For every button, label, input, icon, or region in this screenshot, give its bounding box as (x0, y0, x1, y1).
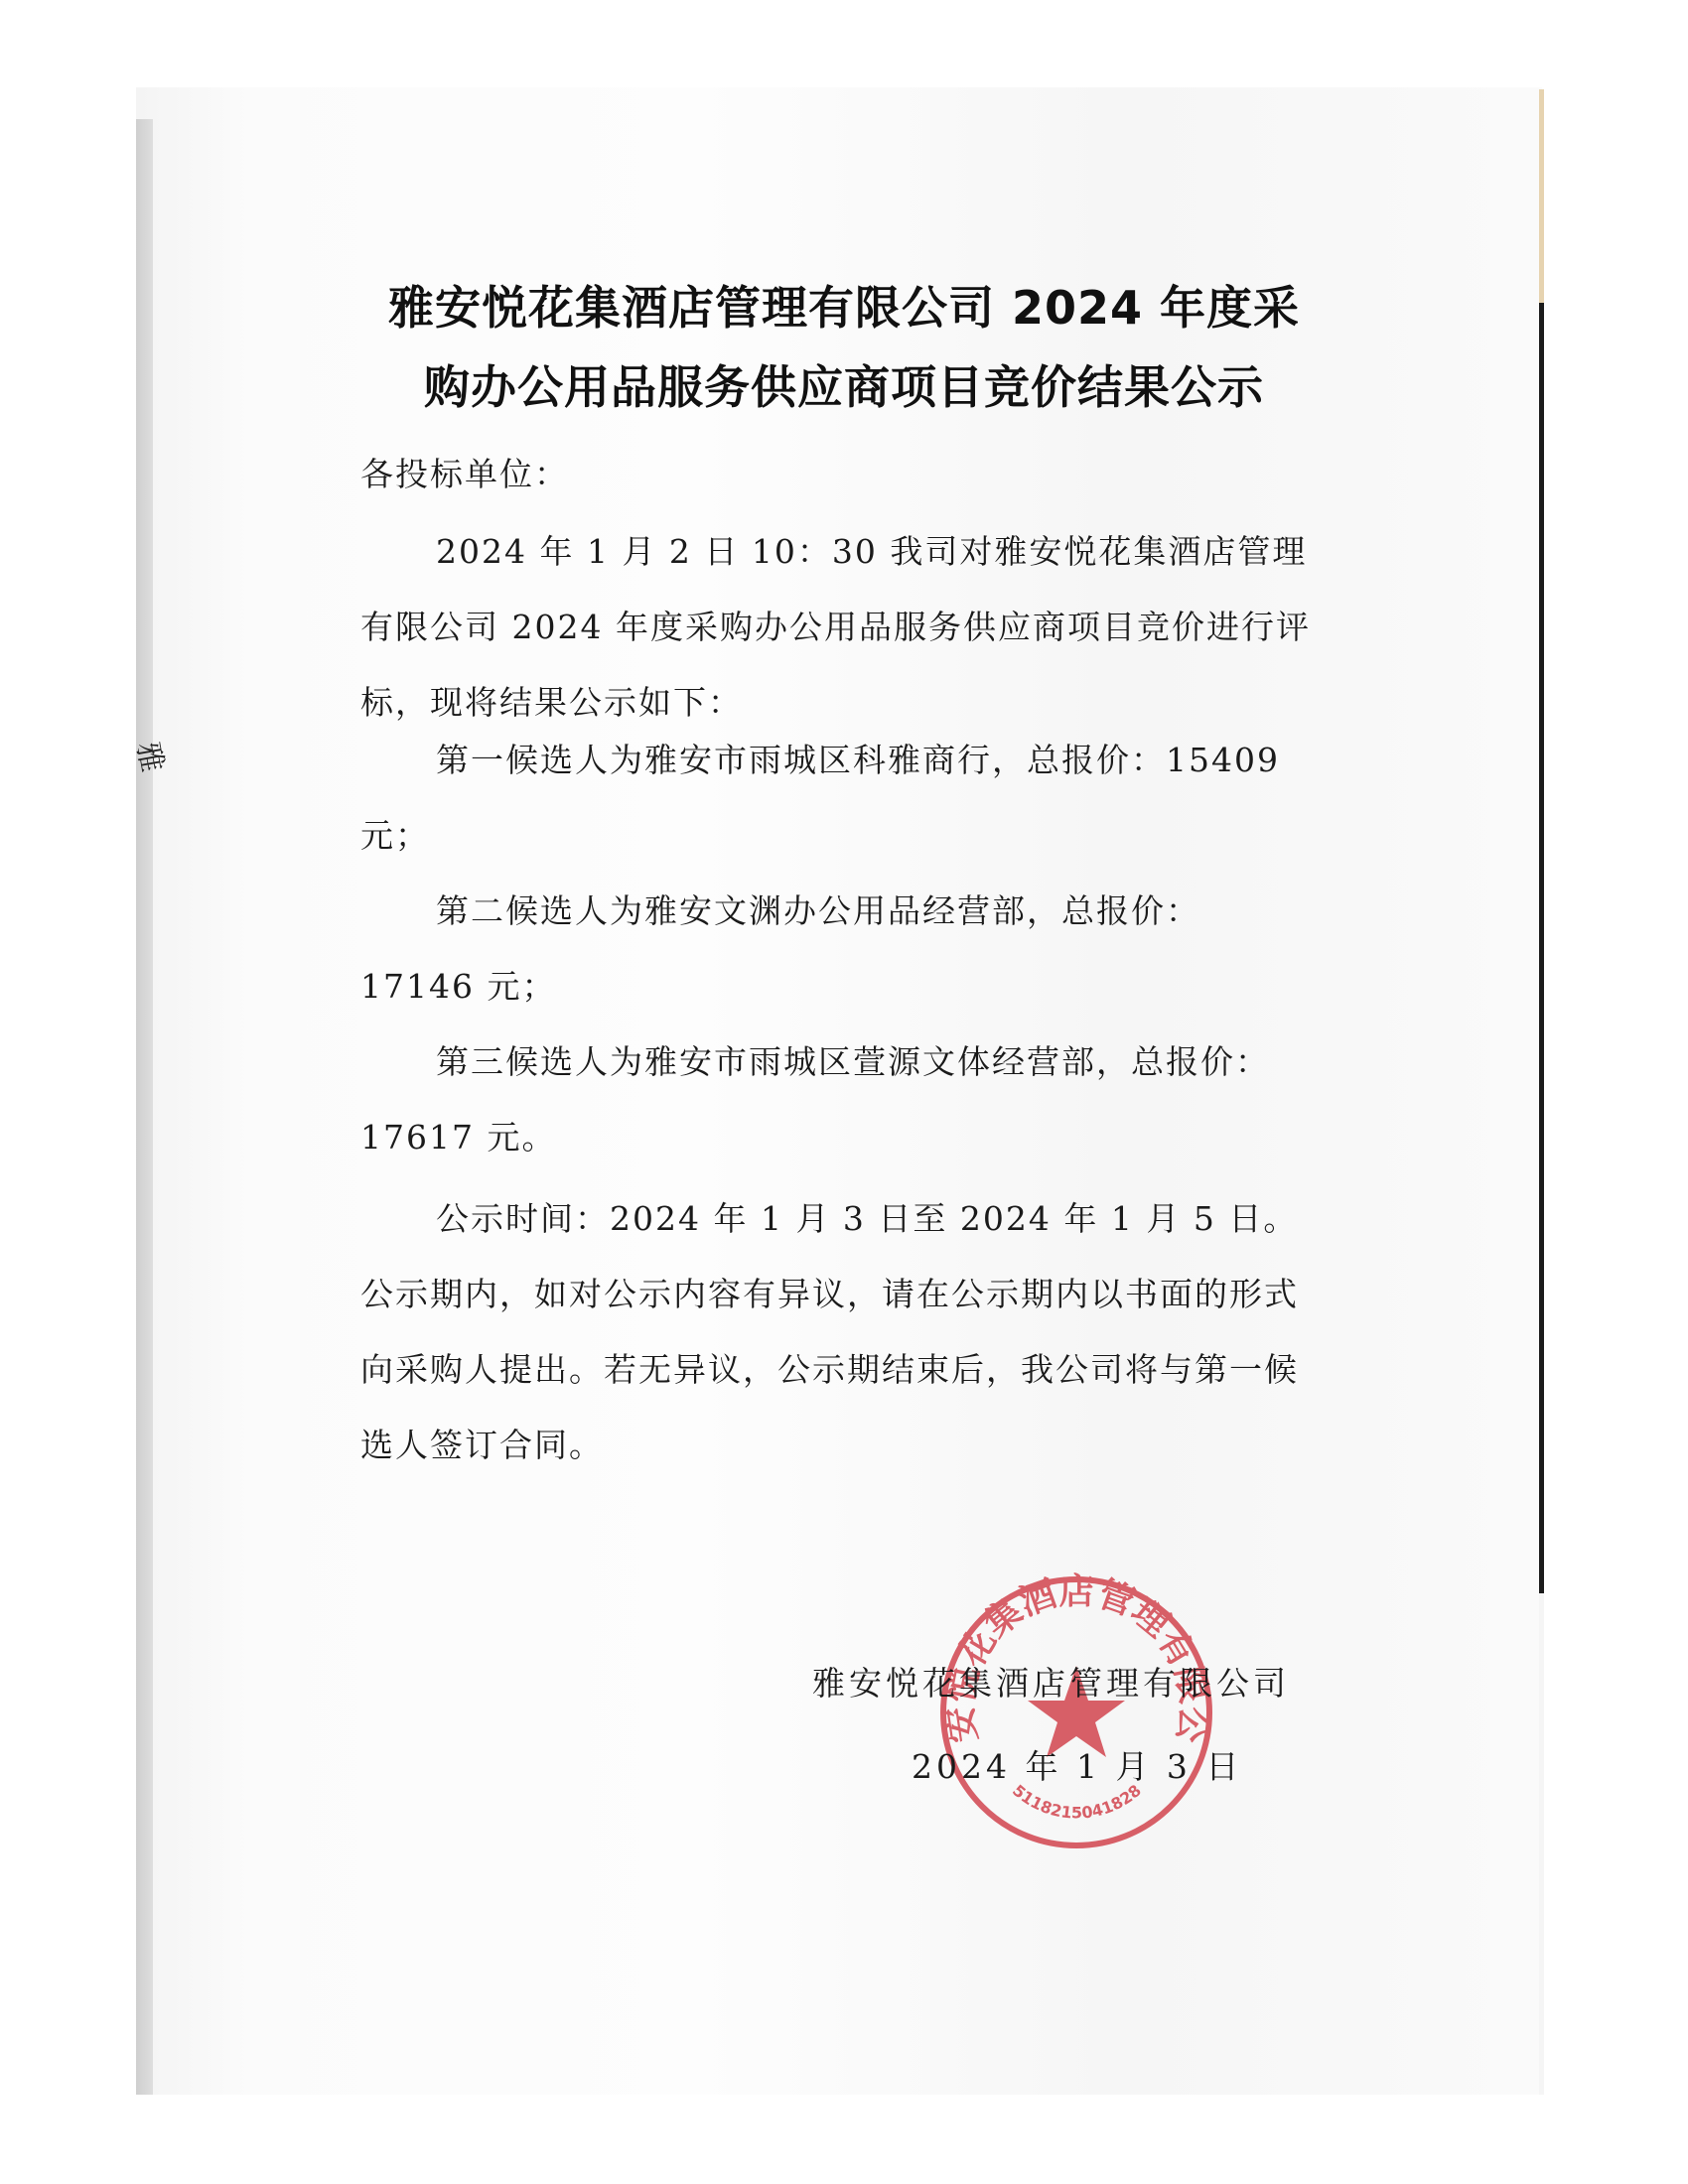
document-title: 雅安悦花集酒店管理有限公司 2024 年度采 购办公用品服务供应商项目竞价结果公… (357, 268, 1331, 427)
title-line-2: 购办公用品服务供应商项目竞价结果公示 (357, 347, 1331, 427)
underlying-page-edge: 雅 (136, 119, 153, 2095)
signature-date: 2024 年 1 月 3 日 (912, 1741, 1242, 1788)
candidate-3: 第三候选人为雅安市雨城区萱源文体经营部，总报价：17617 元。 (360, 1024, 1314, 1175)
signature-company: 雅安悦花集酒店管理有限公司 (812, 1658, 1290, 1705)
intro-paragraph: 2024 年 1 月 2 日 10：30 我司对雅安悦花集酒店管理有限公司 20… (360, 514, 1314, 741)
candidate-2: 第二候选人为雅安文渊办公用品经营部，总报价：17146 元； (360, 874, 1314, 1024)
candidate-1: 第一候选人为雅安市雨城区科雅商行，总报价：15409 元； (360, 723, 1314, 874)
background-edge (1539, 89, 1544, 2095)
greeting: 各投标单位： (360, 437, 1314, 512)
title-line-1: 雅安悦花集酒店管理有限公司 2024 年度采 (357, 268, 1331, 347)
official-seal-icon: 雅安悦花集酒店管理有限公司 5118215041828 (935, 1571, 1218, 1854)
publicity-notice: 公示时间：2024 年 1 月 3 日至 2024 年 1 月 5 日。公示期内… (360, 1181, 1314, 1483)
